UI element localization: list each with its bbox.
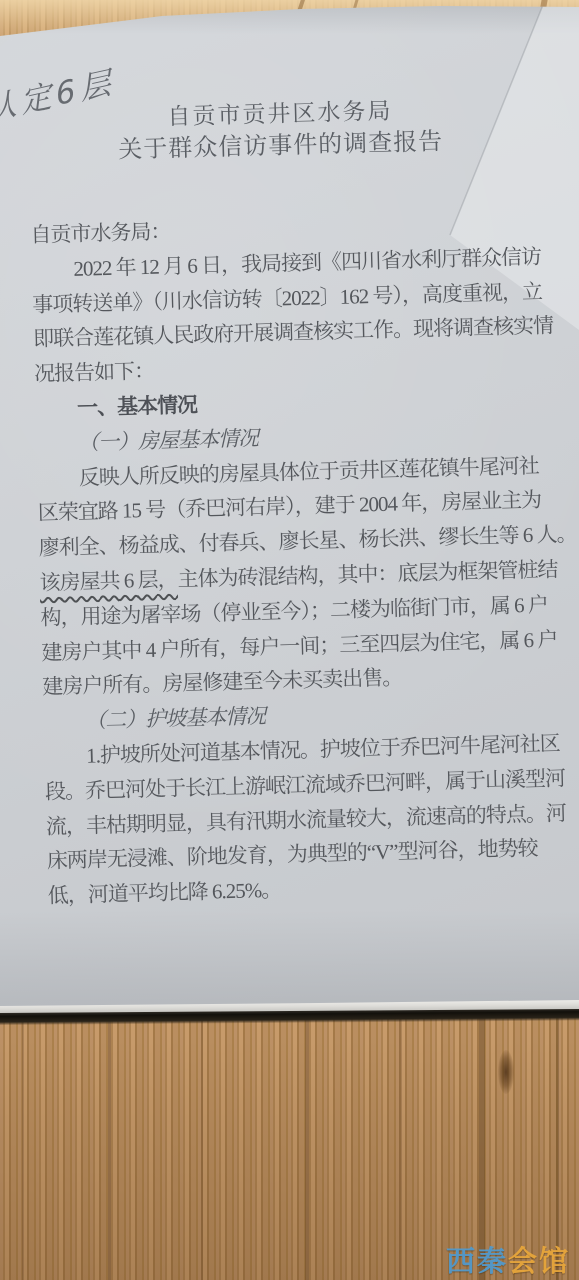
wood-knot	[498, 1050, 514, 1094]
doc-line-rest: 主体为砖混结构，其中：底层为框架管桩结	[177, 557, 557, 591]
document-page: 认定6层 自贡市贡井区水务局 关于群众信访事件的调查报告 自贡市水务局： 202…	[0, 0, 579, 1011]
watermark-text-blue: 西秦	[446, 1244, 508, 1278]
wavy-underlined-text: 该房屋共 6 层，	[39, 567, 178, 595]
watermark-text-orange: 会馆	[508, 1244, 570, 1278]
document-body: 自贡市水务局： 2022 年 12 月 6 日，我局接到《四川省水利厅群众信访 …	[30, 205, 560, 914]
wood-grain-streak	[22, 1000, 24, 1280]
wood-grain-streak	[479, 1000, 485, 1280]
photo-watermark: 西秦会馆	[446, 1239, 570, 1280]
document-content: 认定6层 自贡市贡井区水务局 关于群众信访事件的调查报告 自贡市水务局： 202…	[0, 0, 579, 1019]
photo-of-document: 认定6层 自贡市贡井区水务局 关于群众信访事件的调查报告 自贡市水务局： 202…	[0, 0, 579, 1280]
document-title: 自贡市贡井区水务局 关于群众信访事件的调查报告	[0, 91, 571, 171]
wood-grain-streak	[305, 1000, 309, 1280]
wood-grain-streak	[108, 1000, 111, 1280]
wood-grain-streak	[399, 1000, 402, 1280]
wood-grain-streak	[201, 1000, 203, 1280]
wood-grain-streak	[556, 1000, 559, 1280]
